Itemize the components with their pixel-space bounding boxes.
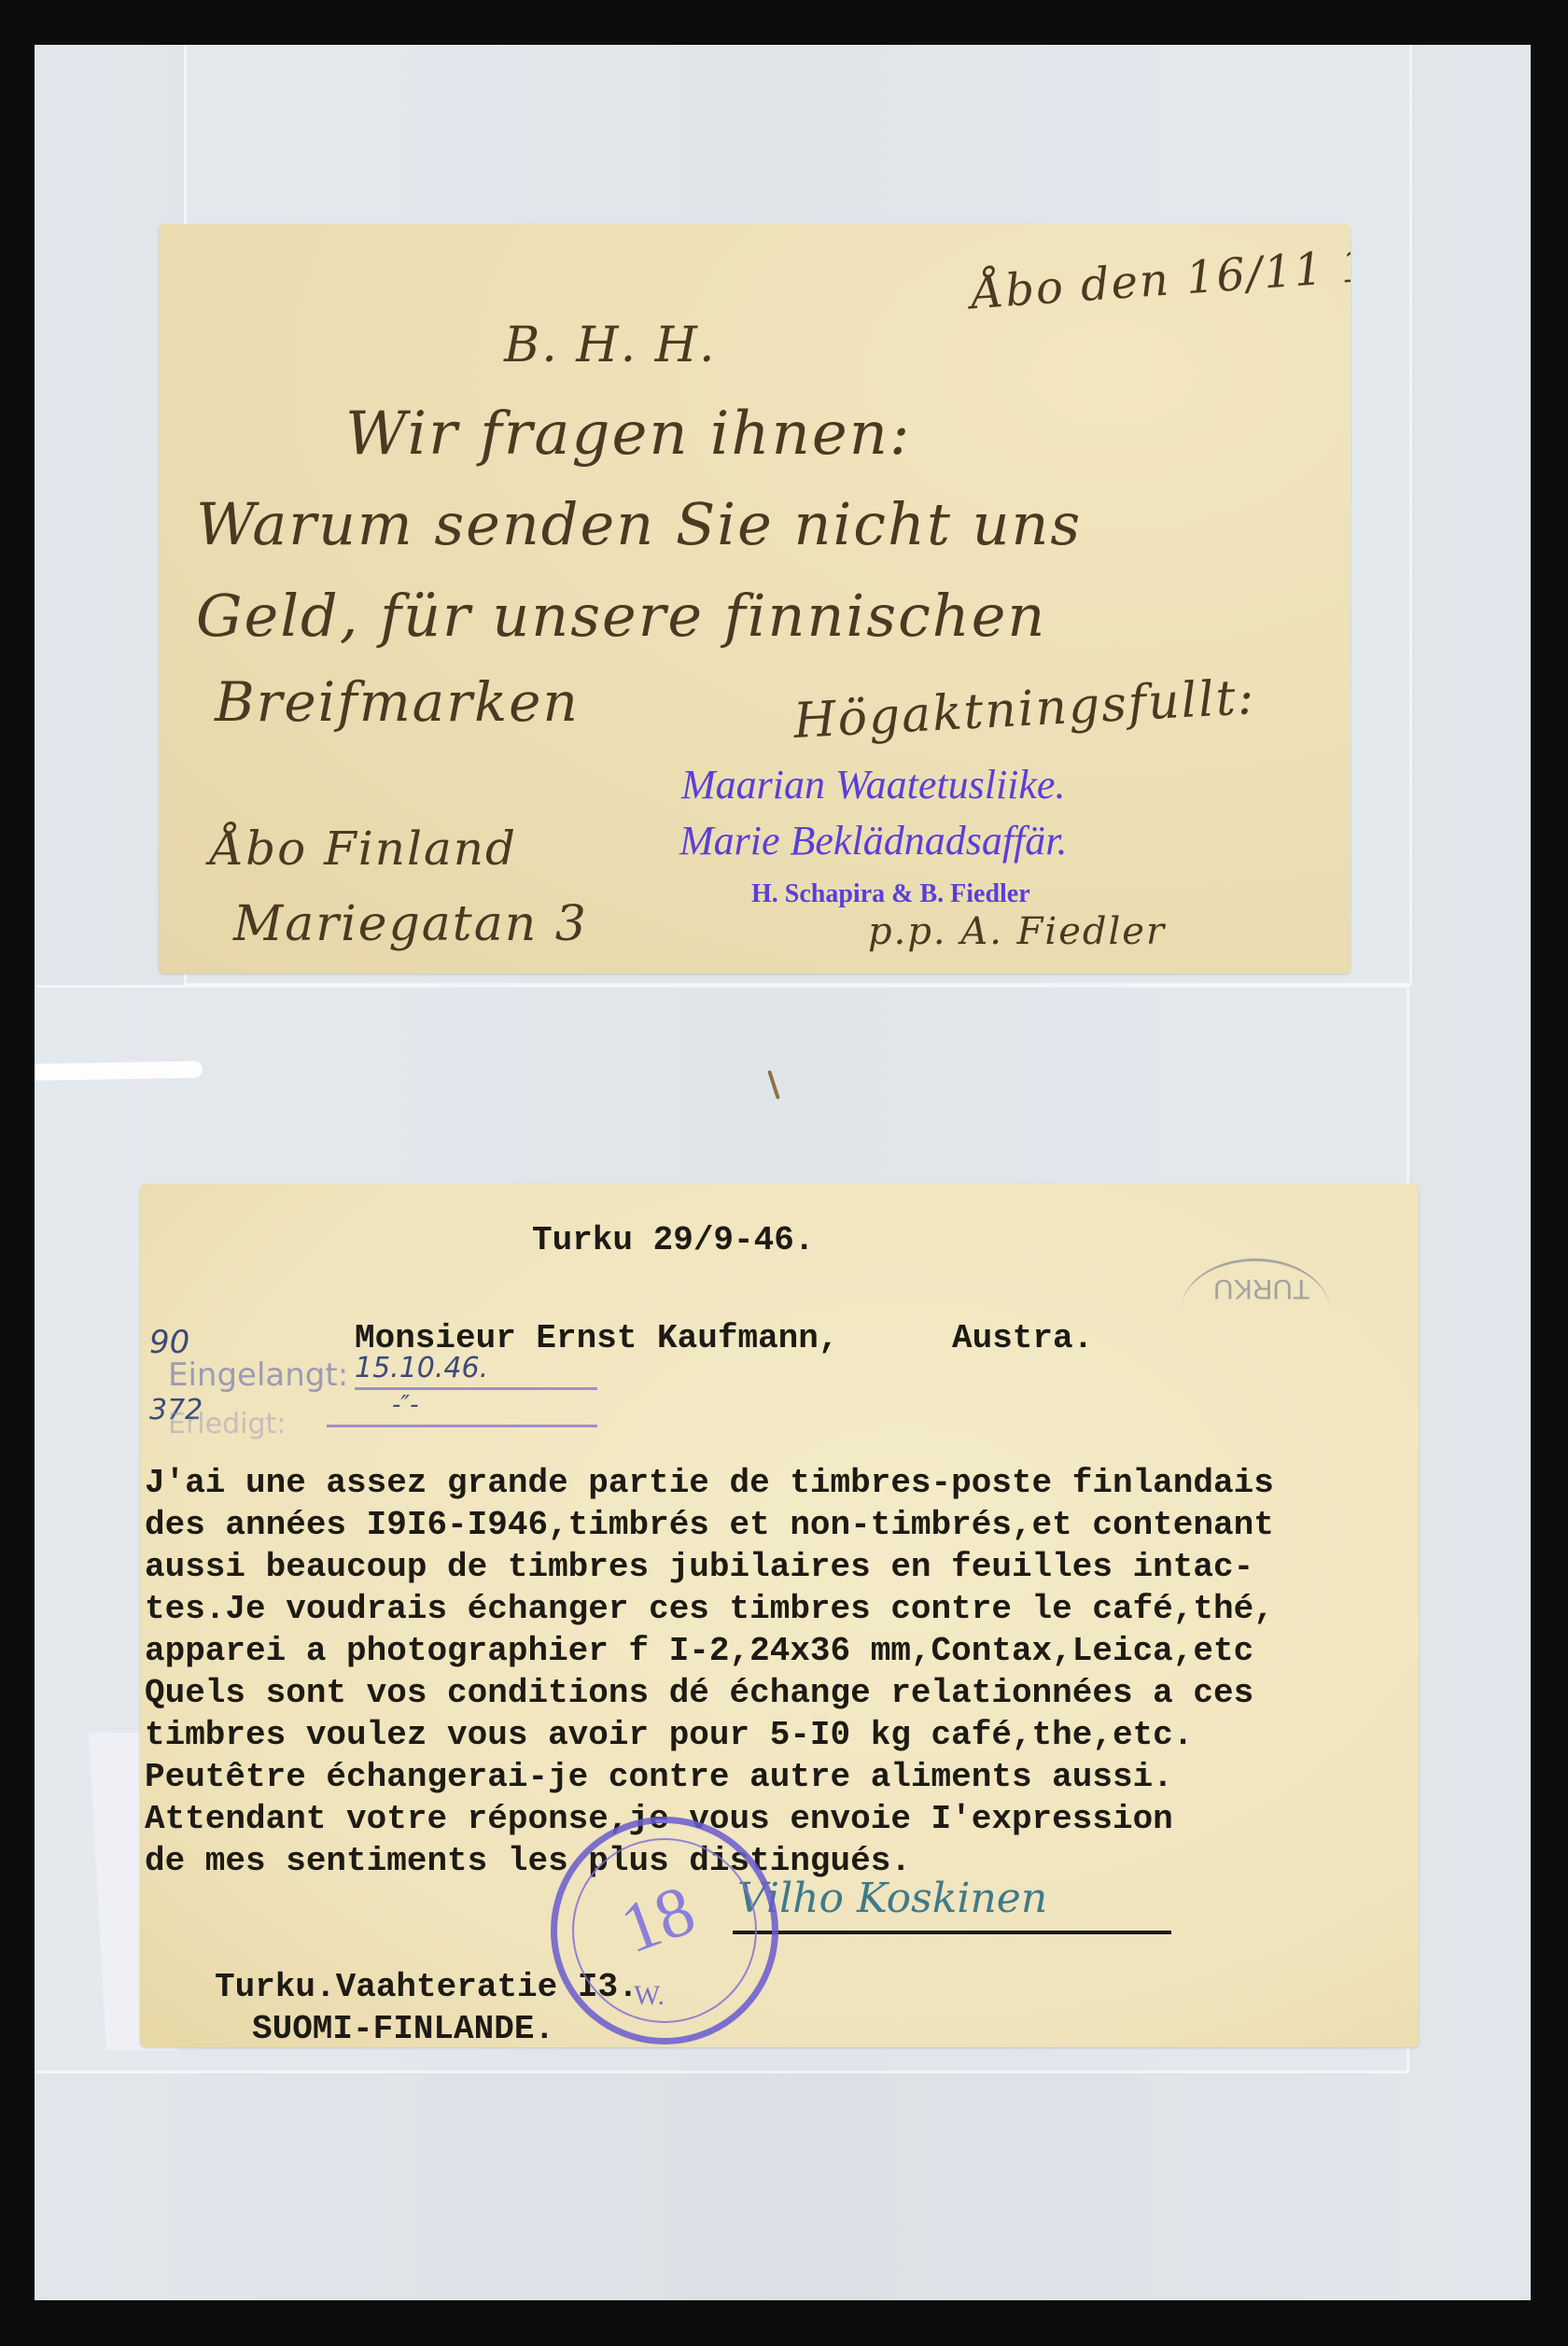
company-stamp-line2: Marie Beklädnadsaffär.: [679, 817, 1068, 864]
card1-address-line2: Mariegatan 3: [233, 896, 588, 952]
body-line-5: apparei a photographier f I-2,24x36 mm,C…: [145, 1632, 1253, 1670]
settled-underline: [327, 1425, 597, 1427]
card1-line-2: Warum senden Sie nicht uns: [196, 490, 1082, 558]
signature-line: [733, 1931, 1171, 1934]
postmark-text: TURKU: [1213, 1272, 1309, 1304]
censor-stamp: 18 W.: [551, 1817, 778, 2044]
album-page: Åbo den 16/11 1921 B. H. H. Wir fragen i…: [35, 45, 1531, 2300]
received-label: Eingelangt:: [168, 1356, 348, 1394]
body-line-1: J'ai une assez grande partie de timbres-…: [145, 1464, 1274, 1502]
body-line-6: Quels sont vos conditions dé échange rel…: [145, 1674, 1253, 1712]
received-underline: [355, 1387, 597, 1390]
card1-address-line1: Åbo Finland: [210, 822, 517, 876]
settled-value: -″-: [392, 1391, 418, 1419]
pencil-number-top: 90: [149, 1324, 189, 1361]
card2-date: Turku 29/9-46.: [532, 1221, 814, 1259]
card1-line-1: Wir fragen ihnen:: [345, 400, 911, 469]
postcard-1921: Åbo den 16/11 1921 B. H. H. Wir fragen i…: [159, 224, 1351, 974]
censor-code: W.: [634, 1980, 665, 2012]
settled-label: Erledigt:: [168, 1408, 286, 1440]
card1-line-4: Breifmarken: [215, 670, 580, 734]
card1-salutation: B. H. H.: [504, 317, 717, 373]
card2-country: Austra.: [952, 1319, 1093, 1357]
body-line-7: timbres voulez vous avoir pour 5-I0 kg c…: [145, 1716, 1193, 1754]
received-date: 15.10.46.: [355, 1352, 488, 1384]
body-line-2: des années I9I6-I946,timbrés et non-timb…: [145, 1506, 1274, 1544]
company-stamp-line1: Maarian Waatetusliike.: [681, 761, 1065, 808]
body-line-8: Peutêtre échangerai-je contre autre alim…: [145, 1758, 1173, 1796]
body-line-4: tes.Je voudrais échanger ces timbres con…: [145, 1590, 1274, 1628]
card1-closing: Högaktningsfullt:: [792, 669, 1257, 750]
card2-signature: Vilho Koskinen: [737, 1875, 1047, 1922]
card1-line-3: Geld, für unsere finnischen: [196, 582, 1046, 650]
company-stamp-line3: H. Schapira & B. Fiedler: [751, 879, 1030, 909]
postcard-1946: TURKU Turku 29/9-46. Monsieur Ernst Kauf…: [140, 1184, 1419, 2047]
sleeve-glare: [35, 1061, 203, 1080]
body-line-3: aussi beaucoup de timbres jubilaires en …: [145, 1548, 1253, 1586]
card1-signature: p.p. A. Fiedler: [868, 910, 1166, 953]
sender-address-line2: SUOMI-FINLANDE.: [252, 2010, 554, 2047]
card1-date: Åbo den 16/11 1921: [970, 233, 1351, 320]
